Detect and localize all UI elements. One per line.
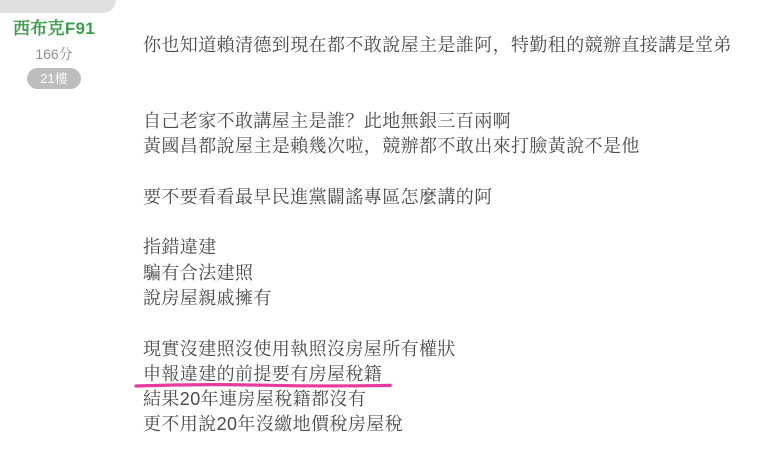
post-line: 自己老家不敢講屋主是誰？此地無銀三百兩啊 bbox=[143, 109, 773, 134]
author-score: 166分 bbox=[0, 46, 108, 62]
post-line: 要不要看看最早民進黨闢謠專區怎麼講的阿 bbox=[143, 185, 773, 210]
pink-underline-annotation bbox=[134, 382, 392, 389]
underlined-text: 申報違建的前提要有房屋稅籍 bbox=[143, 362, 382, 387]
forum-reply-post: 西布克F91 166分 21樓 你也知道賴清德到現在都不敢說屋主是誰阿，特勤租的… bbox=[0, 0, 780, 456]
post-line: 結果20年連房屋稅籍都沒有 bbox=[143, 387, 773, 412]
author-username[interactable]: 西布克F91 bbox=[0, 19, 108, 39]
previous-post-remnant bbox=[0, 0, 116, 13]
post-line: 說房屋親戚擁有 bbox=[143, 286, 773, 311]
post-line bbox=[143, 159, 773, 184]
post-line: 騙有合法建照 bbox=[143, 261, 773, 286]
post-line bbox=[143, 311, 773, 336]
post-line bbox=[143, 84, 773, 109]
author-sidebar: 西布克F91 166分 21樓 bbox=[0, 19, 108, 89]
post-line: 現實沒建照沒使用執照沒房屋所有權狀 bbox=[143, 337, 773, 362]
floor-badge[interactable]: 21樓 bbox=[27, 68, 80, 89]
post-line bbox=[143, 58, 773, 83]
post-line: 你也知道賴清德到現在都不敢說屋主是誰阿，特勤租的競辦直接講是堂弟 bbox=[143, 33, 773, 58]
post-line: 黃國昌都說屋主是賴幾次啦，競辦都不敢出來打臉黃說不是他 bbox=[143, 134, 773, 159]
post-content: 你也知道賴清德到現在都不敢說屋主是誰阿，特勤租的競辦直接講是堂弟 自己老家不敢講… bbox=[143, 33, 773, 438]
post-line: 更不用說20年沒繳地價稅房屋稅 bbox=[143, 412, 773, 437]
post-line: 指錯違建 bbox=[143, 235, 773, 260]
post-line: 申報違建的前提要有房屋稅籍 bbox=[143, 362, 773, 387]
post-line bbox=[143, 210, 773, 235]
